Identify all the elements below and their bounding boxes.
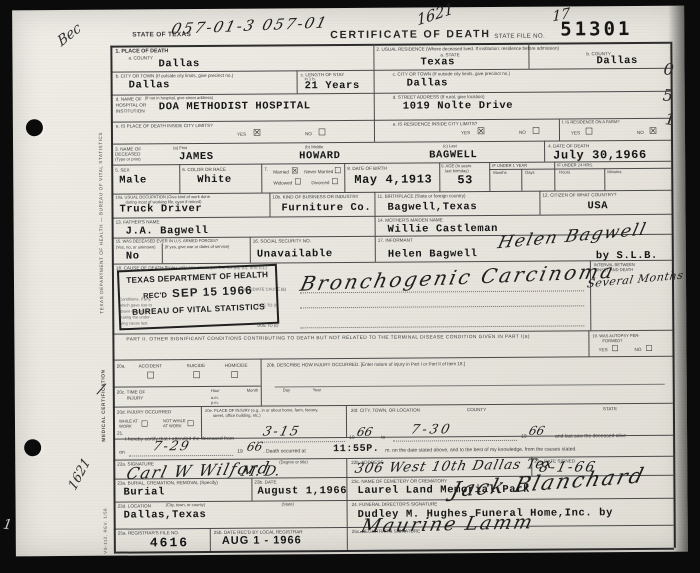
field-20f-label: 20f. CITY, TOWN, OR LOCATION	[351, 408, 420, 414]
cert-hw-a: 66	[356, 426, 374, 438]
field-1a-value: Dallas	[158, 59, 199, 70]
field-9-months-label: Months	[493, 171, 506, 176]
right-margin-mark-1: 1	[664, 111, 676, 128]
field-11-value: Bagwell,Texas	[387, 202, 477, 213]
field-20d-not-checkbox: ☐	[187, 420, 194, 428]
pen-mark-1621: 1621	[67, 456, 93, 493]
stamp-date: SEP 15 1966	[172, 285, 253, 300]
field-1d-value: DOA METHODIST HOSPITAL	[159, 101, 311, 113]
field-12-label: 12. CITIZEN OF WHAT COUNTRY?	[542, 192, 616, 198]
cert-blank-1	[257, 441, 345, 443]
field-10b-value: Furniture Co.	[281, 203, 371, 214]
field-7-divorced-checkbox: ☐	[331, 178, 338, 186]
field-9-hours-label: Hours	[559, 170, 570, 175]
received-stamp: TEXAS DEPARTMENT OF HEALTH REC'DSEP 15 1…	[117, 264, 279, 331]
field-25b-value: AUG 1 - 1966	[222, 535, 302, 547]
cert-to: to	[381, 435, 385, 441]
field-2f-yes-label: YES	[571, 130, 580, 136]
grid-line	[114, 548, 674, 553]
field-1e-yes-checkbox-checked: ☒	[253, 130, 261, 139]
field-2f-yes-checkbox: ☐	[585, 128, 593, 137]
field-2c-value: Dallas	[407, 78, 448, 89]
grid-line	[346, 458, 347, 477]
cert-19a: 19	[349, 435, 355, 441]
cert-19c: 19	[237, 449, 243, 455]
field-16-value: Unavailable	[257, 249, 333, 260]
grid-line	[113, 386, 261, 388]
field-14-label: 14. MOTHER'S MAIDEN NAME	[378, 217, 443, 223]
field-7-divorced-label: Divorced	[311, 180, 329, 186]
field-24-label: 24. FUNERAL DIRECTOR'S SIGNATURE	[352, 501, 438, 507]
field-9-under1yr-label: IF UNDER 1 YEAR	[492, 164, 527, 169]
field-20c-pm-label: p.m.	[211, 401, 219, 406]
field-2e-yes-label: YES	[461, 130, 470, 136]
field-9-value: 53	[457, 174, 473, 186]
field-20f-state-label: STATE	[603, 406, 617, 412]
state-file-number: 51301	[560, 20, 632, 40]
cert-hw-from: 3-15	[261, 425, 301, 438]
field-16-label: 16. SOCIAL SECURITY NO.	[253, 238, 311, 244]
grid-line	[439, 162, 440, 191]
grid-line	[251, 478, 252, 501]
field-20d-while-label2: WORK	[119, 425, 132, 430]
stamp-line-3: BUREAU OF VITAL STATISTICS	[121, 302, 277, 317]
grid-line	[113, 356, 673, 361]
field-20d-label: 20d. INJURY OCCURRED	[117, 409, 172, 415]
document-sheet: TEXAS DEPARTMENT OF HEALTH — BUREAU OF V…	[12, 6, 688, 557]
field-3-last-value: BAGWELL	[429, 150, 477, 161]
field-1a-label: a. COUNTY	[128, 55, 153, 61]
field-20a-homicide-checkbox: ☐	[231, 372, 239, 381]
grid-line	[261, 164, 262, 193]
field-9-days-label: Days	[525, 171, 534, 176]
stamp-recd: REC'D	[143, 291, 167, 301]
field-7-widowed-checkbox: ☐	[294, 178, 301, 186]
grid-line	[269, 193, 270, 217]
field-2-label: 2. USUAL RESIDENCE (Where deceased lived…	[376, 46, 559, 53]
cert-blank-3	[129, 455, 233, 457]
handwritten-1621: 1621	[417, 1, 454, 28]
field-2f-no-checkbox-checked: ☒	[649, 128, 657, 137]
cert-on: on	[119, 450, 125, 456]
field-1c-value: 21 Years	[305, 81, 360, 92]
cert-blank-2	[393, 440, 517, 442]
field-20d-while-checkbox: ☐	[141, 420, 148, 428]
field-19-no-checkbox: ☐	[645, 345, 652, 353]
field-15-value: No	[126, 251, 140, 262]
field-2b-value: Dallas	[596, 56, 637, 67]
field-2e-no-checkbox: ☐	[532, 128, 540, 137]
field-20a-accident-label: ACCIDENT	[139, 363, 163, 369]
cert-hw-b: 66	[528, 425, 546, 437]
field-2f-label: f. IS RESIDENCE ON A FARM?	[562, 120, 620, 125]
field-9-under24-label: IF UNDER 24 HRS.	[557, 163, 593, 168]
cause-line-b	[300, 305, 584, 308]
field-7-label: 7.	[264, 167, 268, 173]
handwritten-17: 17	[552, 6, 570, 24]
grid-line	[344, 163, 345, 192]
field-20c-day-label: Day	[283, 388, 290, 393]
field-1d-label3: INSTITUTION	[116, 108, 145, 114]
field-2f-no-label: NO	[637, 130, 644, 136]
cert-19b: 19	[521, 434, 527, 440]
grid-line	[544, 141, 545, 162]
field-5-label: 5. SEX	[115, 168, 129, 174]
field-2a-value: Texas	[420, 57, 455, 68]
handwritten-registration-numbers: 057-01-3 057-01	[170, 15, 330, 37]
part2-label: PART II. OTHER SIGNIFICANT CONDITIONS CO…	[126, 335, 529, 344]
right-margin-mark-5: 5	[662, 87, 673, 104]
field-2e-yes-checkbox-checked: ☒	[477, 128, 485, 137]
field-19-yes-checkbox: ☐	[611, 345, 618, 353]
field-20b-label: 20b. DESCRIBE HOW INJURY OCCURRED. [Ente…	[267, 361, 465, 368]
cert-hw-on: 7-29	[152, 440, 192, 453]
cause-line-c	[300, 325, 584, 328]
field-20e-label2: street, office building, etc.)	[213, 414, 261, 419]
field-20c-label1: 20c. TIME OF	[117, 389, 146, 395]
field-23d-label: 23d. LOCATION	[118, 503, 151, 509]
field-7-never-married-label: Never Married	[304, 169, 333, 175]
cert-text-3: . Death occurred at	[263, 448, 306, 454]
field-23d-value: Dallas,Texas	[124, 510, 207, 521]
field-25a-value: 4616	[150, 536, 189, 549]
right-margin-mark-0: 0	[663, 61, 675, 78]
field-21-number: 21.	[117, 431, 123, 437]
field-15-sublabel2: (If yes, give war or dates of service)	[165, 245, 230, 250]
field-17-label: 17. INFORMANT	[378, 238, 413, 244]
field-3-label3: (Type or print)	[115, 157, 141, 162]
field-20c-month-label: Month	[247, 389, 258, 394]
field-1d-label2: HOSPITAL OR	[116, 102, 146, 108]
field-1e-no-label: NO	[305, 131, 312, 137]
certificate-title: CERTIFICATE OF DEATH	[330, 28, 491, 42]
field-10a-value: Truck Driver	[119, 204, 202, 215]
field-13-value: J.A. Bagwell	[126, 226, 209, 237]
field-20a-accident-checkbox: ☐	[147, 372, 155, 381]
field-3-middle-value: HOWARD	[299, 151, 340, 162]
grid-line	[521, 169, 522, 191]
field-19-no-label: NO	[634, 347, 641, 353]
cert-time-value: 11:55P.	[333, 445, 379, 455]
grid-line	[179, 164, 180, 193]
grid-line	[554, 162, 555, 191]
field-13-label: 13. FATHER'S NAME	[116, 219, 160, 225]
injury-write-line	[275, 384, 665, 388]
grid-line	[162, 243, 163, 263]
field-14-value: Willie Castleman	[388, 224, 498, 235]
field-20d-not-label2: AT WORK	[163, 424, 182, 429]
grid-line	[374, 192, 375, 216]
grid-line	[297, 70, 298, 93]
field-10b-label: 10b. KIND OF BUSINESS OR INDUSTRY	[272, 194, 358, 200]
field-23b-label: 23b. DATE	[254, 480, 276, 486]
field-8-value: May 4,1913	[354, 173, 432, 186]
grid-line	[375, 216, 376, 236]
field-2d-value: 1019 Nolte Drive	[403, 101, 513, 112]
field-20a-label: 20a.	[117, 364, 126, 370]
grid-line	[604, 168, 605, 190]
field-1d-label: d. NAME OF	[116, 96, 142, 102]
grid-line	[559, 119, 560, 141]
grid-line	[375, 236, 376, 262]
field-11-label: 11. BIRTHPLACE (State or foreign country…	[377, 193, 465, 199]
field-5-value: Male	[119, 175, 147, 186]
stamp-line-1: TEXAS DEPARTMENT OF HEALTH	[119, 271, 275, 286]
grid-line	[210, 528, 211, 551]
field-17-value: Helen Bagwell	[388, 249, 478, 260]
field-22a-degree-label: (Degree or title)	[279, 460, 307, 465]
registrar-signature: Maurine Lamm	[359, 513, 536, 536]
cert-hw-c: 66	[246, 441, 264, 453]
grid-line	[261, 359, 262, 406]
physician-degree-handwriting: M. D.	[240, 464, 282, 478]
cert-hw-to: 7-30	[409, 423, 453, 436]
field-1e-no-checkbox: ☐	[318, 129, 326, 138]
field-1b-value: Dallas	[129, 80, 170, 91]
field-23d-sublabel1: (City, town, or county)	[166, 503, 206, 508]
grid-line	[588, 330, 589, 356]
field-20a-homicide-label: HOMICIDE	[225, 363, 248, 369]
field-4-value: July 30,1966	[553, 149, 647, 162]
grid-line	[347, 500, 348, 527]
cause-of-death-handwriting: Bronchogenic Carcinoma	[298, 261, 617, 294]
grid-line	[250, 237, 251, 263]
field-23d-sublabel2: (State)	[282, 502, 294, 507]
field-2c-label: c. CITY OR TOWN (If outside city limits,…	[393, 71, 510, 77]
field-20f-county-label: COUNTY	[467, 407, 486, 413]
grid-line	[489, 162, 490, 191]
grid-line	[539, 191, 540, 215]
field-7-married-label: Married	[273, 169, 289, 175]
grid-line	[346, 405, 347, 437]
cert-text-2: and last saw the deceased alive	[555, 433, 626, 439]
field-1e-yes-label: YES	[237, 132, 246, 138]
punch-hole	[26, 119, 43, 136]
field-3-first-value: JAMES	[179, 152, 214, 163]
field-7-widowed-label: Widowed	[273, 180, 292, 186]
punch-hole	[24, 439, 41, 456]
field-20c-year-label: Year	[313, 388, 321, 393]
field-8-label: 8. DATE OF BIRTH	[347, 166, 387, 172]
grid-line	[347, 527, 348, 550]
field-1b-label: b. CITY OR TOWN (If outside city limits,…	[116, 73, 234, 79]
field-20a-suicide-checkbox: ☐	[193, 372, 201, 381]
field-20c-hour-label: Hour	[211, 389, 220, 394]
form-number-label: VS-112, REV. 1/58	[103, 478, 108, 554]
field-23b-value: August 1,1966	[257, 486, 347, 497]
field-7-married-checkbox-checked: ☒	[291, 167, 298, 175]
field-7-never-married-checkbox: ☐	[334, 167, 341, 175]
field-19-yes-label: YES	[598, 347, 607, 353]
field-2e-no-label: NO	[519, 130, 526, 136]
field-1e-label: e. IS PLACE OF DEATH INSIDE CITY LIMITS?	[116, 123, 213, 129]
stamp-line-2: REC'DSEP 15 1966	[120, 285, 276, 303]
grid-line	[201, 406, 202, 438]
scanned-death-certificate: { "hdr": { "state": "STATE OF TEXAS", "n…	[0, 0, 700, 573]
left-margin-department-label: TEXAS DEPARTMENT OF HEALTH — BUREAU OF V…	[98, 52, 104, 314]
field-20c-label2: INJURY	[127, 395, 144, 401]
field-1-label: 1. PLACE OF DEATH	[115, 48, 168, 55]
field-12-value: USA	[587, 201, 608, 212]
state-file-no-label: STATE FILE NO.	[494, 33, 545, 41]
field-6-label: 6. COLOR OR RACE	[182, 167, 226, 173]
informant-signature: Helen Bagwell	[496, 222, 649, 253]
pen-mark-bec: Bec	[56, 20, 83, 49]
field-2e-label: e. IS RESIDENCE INSIDE CITY LIMITS?	[393, 121, 477, 127]
field-23a-value: Burial	[123, 487, 164, 498]
pen-mark: 1	[2, 517, 13, 532]
field-20a-suicide-label: SUICIDE	[187, 363, 206, 369]
field-9-minutes-label: Minutes	[607, 170, 621, 175]
field-6-value: White	[197, 175, 232, 186]
cert-text-4: m. on the date stated above, and to the …	[385, 446, 577, 453]
